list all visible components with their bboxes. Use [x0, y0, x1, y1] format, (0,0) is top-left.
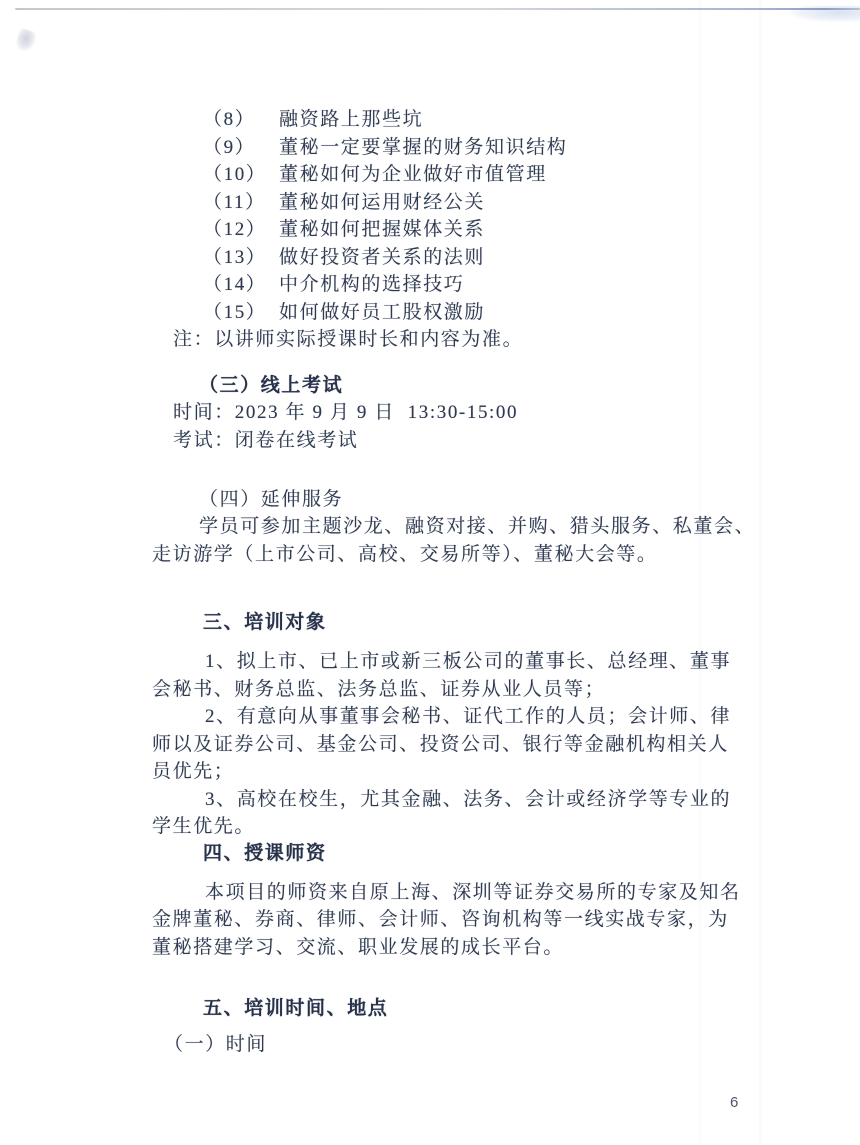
section-heading-faculty: 四、授课师资 — [203, 842, 327, 866]
course-item-number: （15） — [203, 301, 279, 325]
course-list-item: （11）董秘如何运用财经公关 — [203, 191, 485, 215]
scanned-document-page: （8）融资路上那些坑 （9）董秘一定要掌握的财务知识结构 （10）董秘如何为企业… — [0, 0, 860, 1145]
section-heading-extended-services: （四）延伸服务 — [199, 488, 343, 512]
course-list-item: （9）董秘一定要掌握的财务知识结构 — [203, 136, 567, 160]
course-item-number: （10） — [203, 163, 279, 187]
course-list-item: （10）董秘如何为企业做好市值管理 — [203, 163, 547, 187]
schedule-sub-heading-time: （一）时间 — [164, 1033, 267, 1057]
course-list-item: （15）如何做好员工股权激励 — [203, 301, 485, 325]
section-heading-schedule: 五、培训时间、地点 — [203, 997, 388, 1021]
course-item-number: （13） — [203, 246, 279, 270]
extended-services-line2: 走访游学（上市公司、高校、交易所等）、董秘大会等。 — [152, 543, 658, 567]
trainees-para1-line2: 会秘书、财务总监、法务总监、证券从业人员等； — [152, 678, 605, 702]
trainees-para1-line1: 1、拟上市、已上市或新三板公司的董事长、总经理、董事 — [205, 650, 731, 674]
section-heading-trainees: 三、培训对象 — [203, 611, 327, 635]
section-heading-online-exam: （三）线上考试 — [199, 374, 343, 398]
trainees-para2-line1: 2、有意向从事董事会秘书、证代工作的人员；会计师、律 — [205, 705, 731, 729]
course-item-title: 做好投资者关系的法则 — [279, 246, 485, 270]
faculty-para-line3: 董秘搭建学习、交流、职业发展的成长平台。 — [152, 936, 564, 960]
trainees-para3-line2: 学生优先。 — [152, 815, 255, 839]
scan-artifact-left-smudge — [14, 28, 38, 54]
course-item-title: 董秘如何运用财经公关 — [279, 191, 485, 215]
course-list-item: （14）中介机构的选择技巧 — [203, 273, 464, 297]
course-item-number: （14） — [203, 273, 279, 297]
faculty-para-line1: 本项目的师资来自原上海、深圳等证券交易所的专家及知名 — [205, 881, 741, 905]
scan-artifact-top-right-smudge — [790, 6, 860, 22]
trainees-para3-line1: 3、高校在校生，尤其金融、法务、会计或经济学等专业的 — [205, 788, 731, 812]
course-item-number: （8） — [203, 108, 279, 132]
page-number: 6 — [730, 1094, 738, 1111]
trainees-para2-line3: 员优先； — [152, 760, 234, 784]
extended-services-line1: 学员可参加主题沙龙、融资对接、并购、猎头服务、私董会、 — [199, 515, 755, 539]
course-item-title: 中介机构的选择技巧 — [279, 273, 464, 297]
course-item-number: （11） — [203, 191, 279, 215]
course-item-title: 董秘如何为企业做好市值管理 — [279, 163, 547, 187]
course-list-note: 注：以讲师实际授课时长和内容为准。 — [173, 328, 523, 352]
course-item-number: （12） — [203, 218, 279, 242]
scan-artifact-top-line — [15, 8, 860, 10]
trainees-para2-line2: 师以及证券公司、基金公司、投资公司、银行等金融机构相关人 — [152, 733, 729, 757]
course-item-title: 董秘一定要掌握的财务知识结构 — [279, 136, 567, 160]
exam-format-line: 考试：闭卷在线考试 — [173, 429, 358, 453]
faculty-para-line2: 金牌董秘、券商、律师、会计师、咨询机构等一线实战专家，为 — [152, 908, 729, 932]
course-list-item: （12）董秘如何把握媒体关系 — [203, 218, 485, 242]
course-item-title: 融资路上那些坑 — [279, 108, 423, 132]
course-list-item: （13）做好投资者关系的法则 — [203, 246, 485, 270]
course-item-number: （9） — [203, 136, 279, 160]
course-item-title: 董秘如何把握媒体关系 — [279, 218, 485, 242]
course-list-item: （8）融资路上那些坑 — [203, 108, 423, 132]
course-item-title: 如何做好员工股权激励 — [279, 301, 485, 325]
exam-time-line: 时间：2023 年 9 月 9 日 13:30-15:00 — [173, 401, 518, 425]
